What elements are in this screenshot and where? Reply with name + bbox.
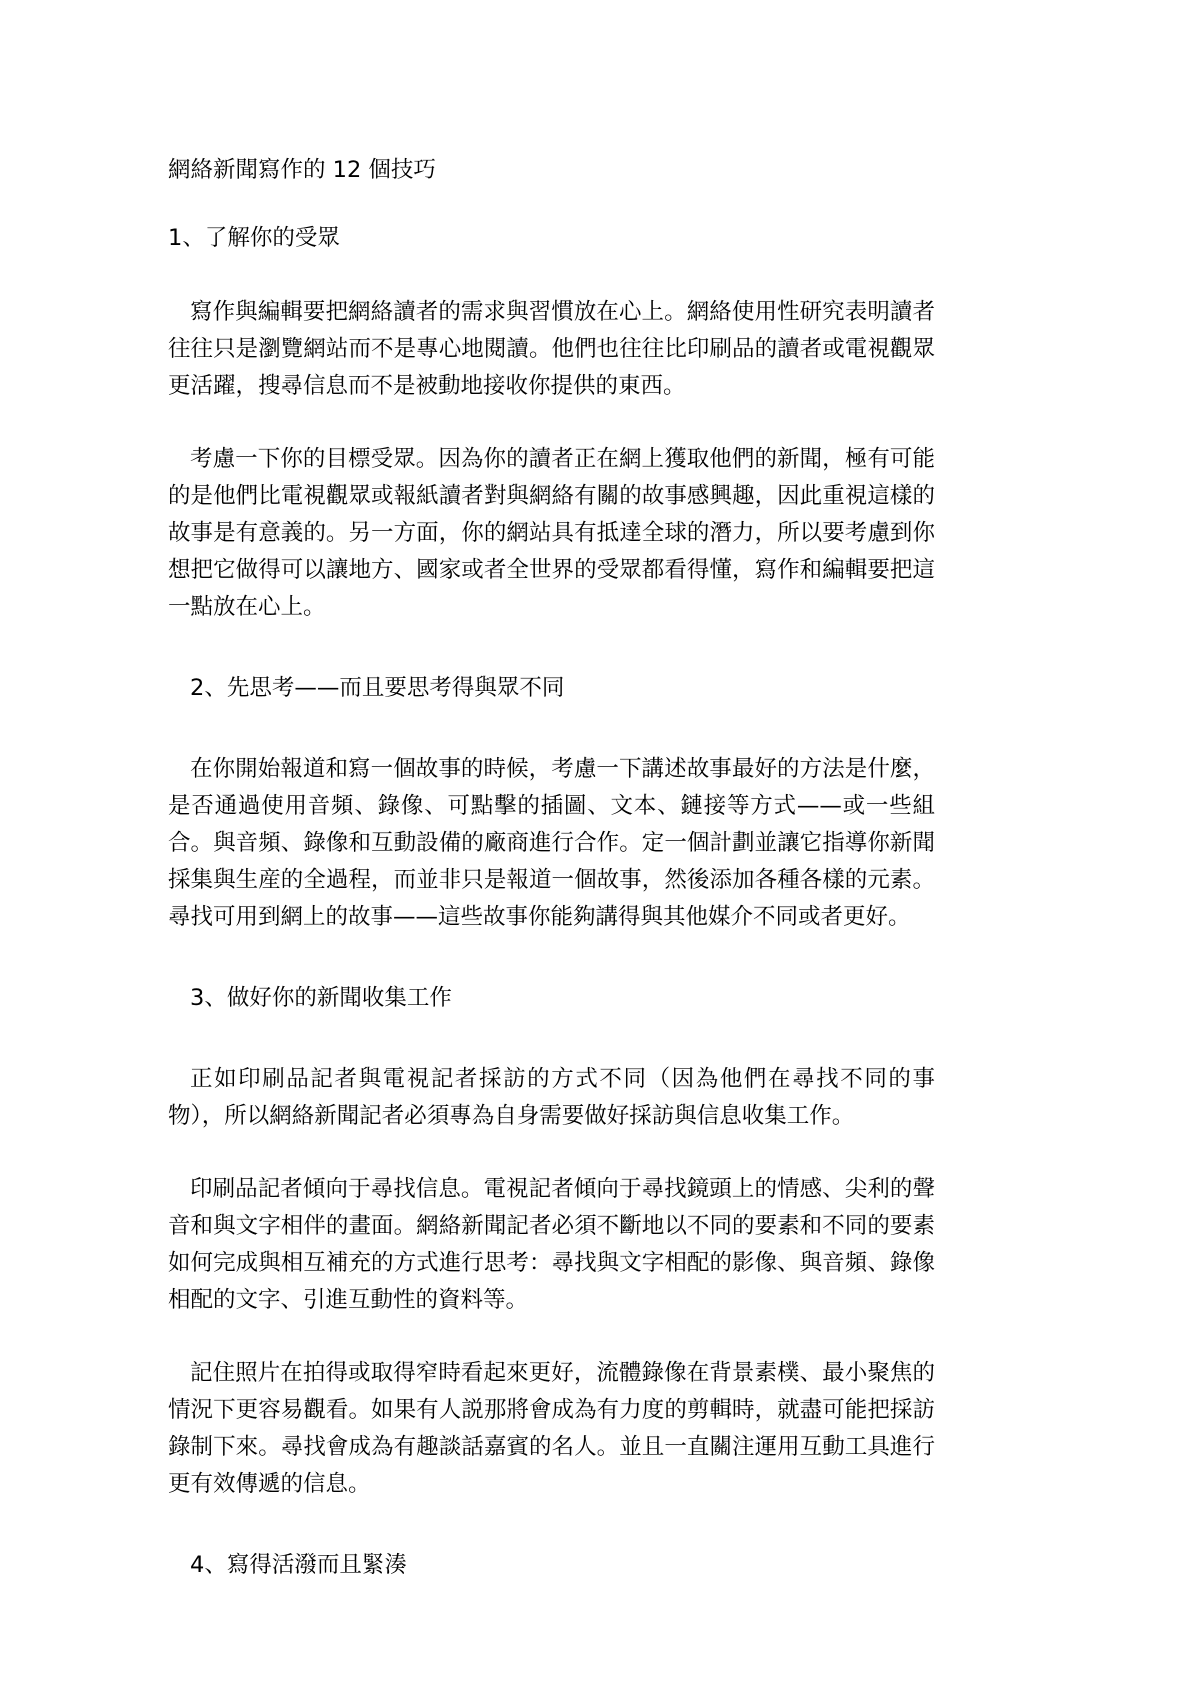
paragraph-2-1: 在你開始報道和寫一個故事的時候，考慮一下講述故事最好的方法是什麼，是否通過使用音… — [168, 751, 935, 936]
section-heading-1: 1、了解你的受眾 — [168, 220, 935, 257]
paragraph-3-1: 正如印刷品記者與電視記者採訪的方式不同（因為他們在尋找不同的事物），所以網絡新聞… — [168, 1061, 935, 1135]
paragraph-3-3: 記住照片在拍得或取得窄時看起來更好，流體錄像在背景素樸、最小聚焦的情況下更容易觀… — [168, 1355, 935, 1503]
document-page: 網絡新聞寫作的 12 個技巧 1、了解你的受眾 寫作與編輯要把網絡讀者的需求與習… — [0, 0, 1200, 1696]
document-title: 網絡新聞寫作的 12 個技巧 — [168, 152, 935, 189]
paragraph-3-2: 印刷品記者傾向于尋找信息。電視記者傾向于尋找鏡頭上的情感、尖利的聲音和與文字相伴… — [168, 1171, 935, 1319]
section-heading-2: 2、先思考——而且要思考得與眾不同 — [168, 670, 935, 707]
paragraph-1-2: 考慮一下你的目標受眾。因為你的讀者正在網上獲取他們的新聞，極有可能的是他們比電視… — [168, 441, 935, 626]
section-heading-3: 3、做好你的新聞收集工作 — [168, 980, 935, 1017]
paragraph-1-1: 寫作與編輯要把網絡讀者的需求與習慣放在心上。網絡使用性研究表明讀者往往只是瀏覽網… — [168, 294, 935, 405]
section-heading-4: 4、寫得活潑而且緊湊 — [168, 1547, 935, 1584]
